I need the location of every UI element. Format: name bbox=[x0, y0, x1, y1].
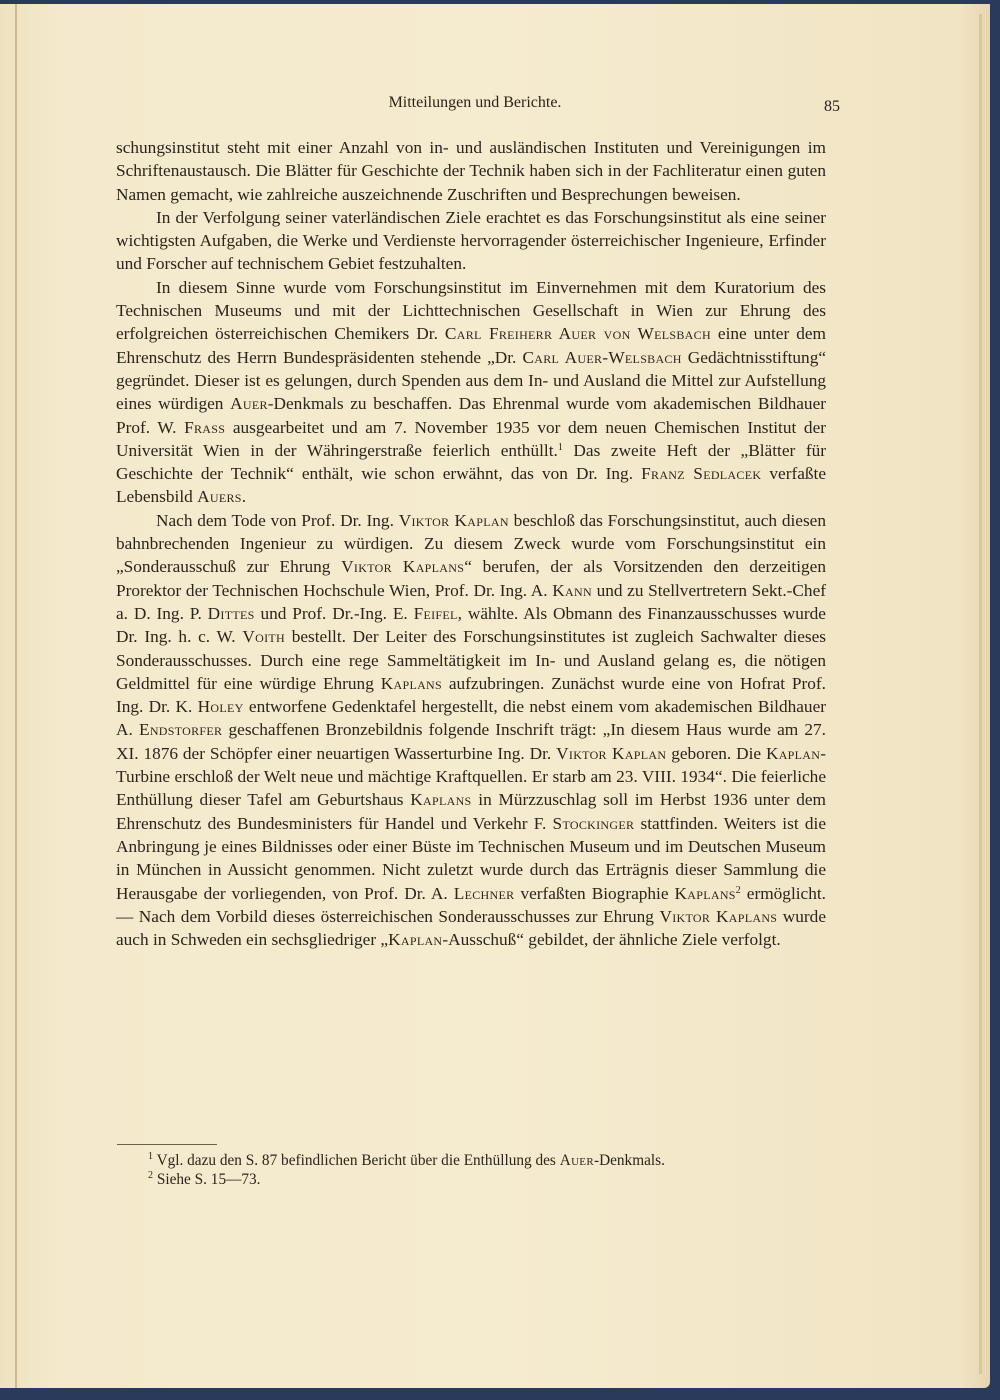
person-name: Kaplans bbox=[381, 674, 442, 693]
text-run: Nach dem Tode von Prof. Dr. Ing. bbox=[156, 511, 399, 530]
footnote: 2 Siehe S. 15—73. bbox=[148, 1170, 838, 1189]
text-run: und Prof. Dr.-Ing. E. bbox=[255, 604, 414, 623]
person-name: Feifel bbox=[414, 604, 458, 623]
person-name: Carl Auer-Welsbach bbox=[522, 348, 681, 367]
text-run: . bbox=[242, 487, 246, 506]
person-name: Holey bbox=[198, 697, 244, 716]
footnote: 1 Vgl. dazu den S. 87 befindlichen Beric… bbox=[148, 1151, 838, 1170]
person-name: Viktor Kaplans bbox=[341, 557, 464, 576]
person-name: Stockinger bbox=[553, 814, 635, 833]
footnote-mark: 1 bbox=[148, 1151, 153, 1162]
person-name: Carl Freiherr Auer von Welsbach bbox=[445, 324, 711, 343]
book-page: Mitteilungen und Berichte. 85 schungsins… bbox=[0, 4, 990, 1388]
text-run: -Ausschuß“ gebildet, der ähnliche Ziele … bbox=[442, 930, 780, 949]
text-run: geboren. Die bbox=[666, 744, 766, 763]
footnotes: 1 Vgl. dazu den S. 87 befindlichen Beric… bbox=[148, 1151, 838, 1189]
person-name: Auer bbox=[230, 394, 268, 413]
person-name: Kaplan bbox=[388, 930, 442, 949]
paragraph: schungsinstitut steht mit einer Anzahl v… bbox=[116, 136, 826, 206]
footnote-mark: 2 bbox=[148, 1170, 153, 1181]
person-name: Kann bbox=[552, 581, 592, 600]
text-run: -Denkmals. bbox=[594, 1152, 665, 1169]
paragraph: In der Verfolgung seiner vaterländischen… bbox=[116, 206, 826, 276]
footnote-rule bbox=[117, 1144, 217, 1145]
person-name: Kaplan bbox=[766, 744, 820, 763]
person-name: Endstorfer bbox=[139, 720, 222, 739]
text-run: schungsinstitut steht mit einer Anzahl v… bbox=[116, 138, 826, 204]
page-edge bbox=[979, 14, 982, 1374]
person-name: Kaplans bbox=[675, 884, 736, 903]
person-name: Dittes bbox=[208, 604, 255, 623]
text-run: Vgl. dazu den S. 87 befindlichen Bericht… bbox=[157, 1152, 560, 1169]
text-run: In der Verfolgung seiner vaterländischen… bbox=[116, 208, 826, 274]
gutter-line bbox=[15, 4, 17, 1388]
person-name: Viktor Kaplan bbox=[399, 511, 509, 530]
running-head: Mitteilungen und Berichte. bbox=[110, 94, 840, 112]
person-name: Viktor Kaplans bbox=[659, 907, 777, 926]
person-name: Auers bbox=[197, 487, 242, 506]
person-name: Viktor Kaplan bbox=[556, 744, 666, 763]
paragraph: In diesem Sinne wurde vom Forschungsinst… bbox=[116, 276, 826, 509]
body-text: schungsinstitut steht mit einer Anzahl v… bbox=[116, 136, 826, 951]
person-name: Frass bbox=[184, 418, 225, 437]
person-name: Voith bbox=[242, 627, 285, 646]
person-name: Lechner bbox=[454, 884, 515, 903]
page-number: 85 bbox=[824, 98, 840, 116]
person-name: Franz Sedlacek bbox=[641, 464, 761, 483]
paragraph: Nach dem Tode von Prof. Dr. Ing. Viktor … bbox=[116, 509, 826, 952]
person-name: Kaplans bbox=[410, 790, 471, 809]
text-run: verfaßten Biographie bbox=[514, 884, 674, 903]
page-header: Mitteilungen und Berichte. 85 bbox=[110, 92, 840, 118]
person-name: Auer bbox=[560, 1152, 594, 1169]
text-run: Siehe S. 15—73. bbox=[157, 1171, 261, 1188]
